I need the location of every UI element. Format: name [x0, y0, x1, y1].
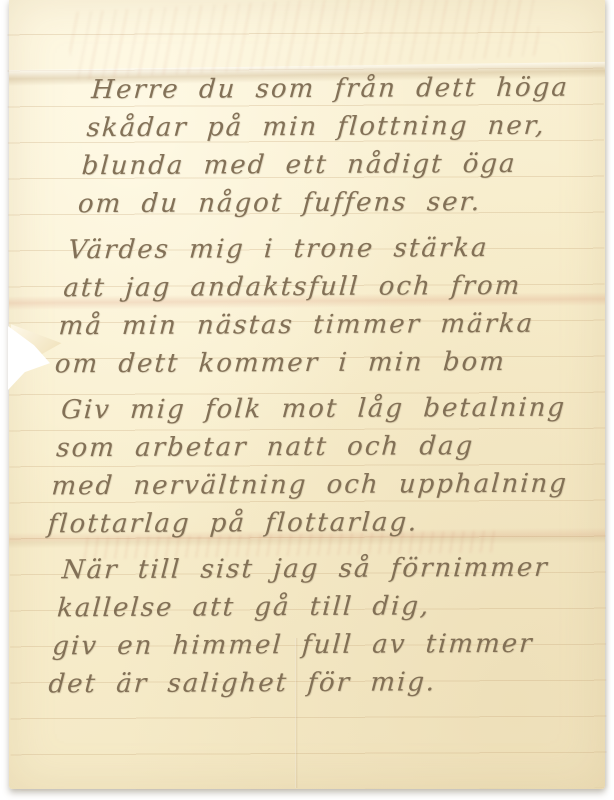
paper-sheet: Herre du som från dett höga skådar på mi…: [9, 0, 605, 789]
poem-line: blunda med ett nådigt öga: [81, 145, 571, 186]
poem-line: Värdes mig i trone stärka: [67, 229, 535, 269]
poem-line: om du något fuffens ser.: [77, 183, 571, 224]
stanza-4: När till sist jag så förnimmer kallelse …: [62, 549, 550, 704]
stanza-3: Giv mig folk mot låg betalning som arbet…: [61, 389, 568, 544]
poem-line: med nervältning och upphalning: [50, 465, 569, 506]
handwritten-poem: Herre du som från dett höga skådar på mi…: [7, 0, 607, 791]
poem-line: flottarlag på flottarlag.: [46, 503, 569, 544]
poem-line: om dett kommer i min bom: [54, 343, 536, 384]
poem-line: att jag andaktsfull och from: [62, 267, 535, 307]
photo-background: Herre du som från dett höga skådar på mi…: [0, 0, 614, 800]
poem-line: skådar på min flottning ner,: [85, 107, 570, 148]
poem-line: som arbetar natt och dag: [55, 427, 569, 468]
poem-line: När till sist jag så förnimmer: [61, 549, 550, 590]
poem-line: kallelse att gå till dig,: [56, 587, 550, 628]
stanza-1: Herre du som från dett höga skådar på mi…: [91, 69, 569, 223]
poem-line: må min nästas timmer märka: [57, 305, 535, 346]
poem-line: det är salighet för mig.: [47, 663, 550, 704]
poem-line: giv en himmel full av timmer: [51, 625, 550, 666]
stanza-2: Värdes mig i trone stärka att jag andakt…: [68, 229, 534, 383]
poem-line: Herre du som från dett höga: [90, 69, 570, 110]
poem-line: Giv mig folk mot låg betalning: [60, 389, 569, 430]
